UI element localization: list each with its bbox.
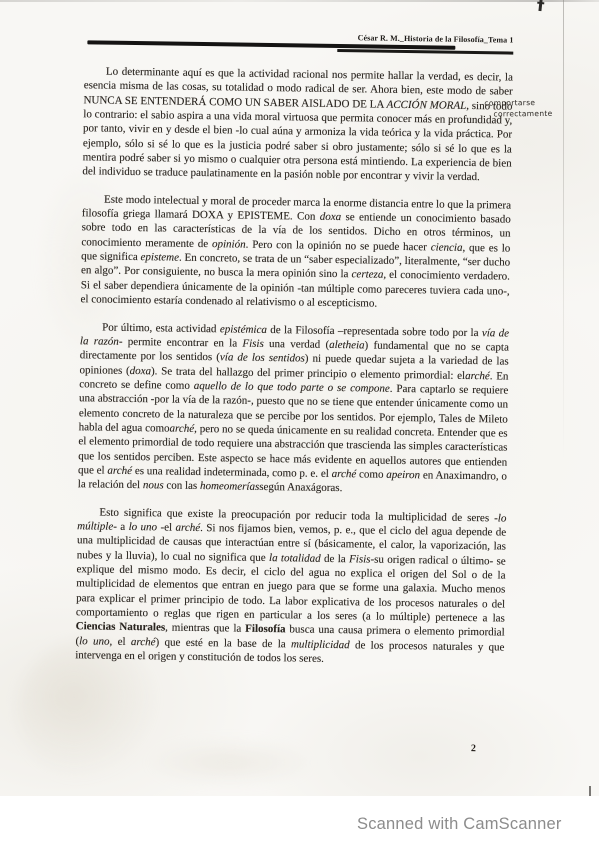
page-number: 2 <box>471 743 476 754</box>
paragraph: Lo determinante aquí es que la actividad… <box>82 64 513 185</box>
paragraph: Esto significa que existe la preocupació… <box>75 505 506 669</box>
scanned-page: César R. M._Historia de la Filosofía_Tem… <box>0 0 599 796</box>
scan-edge-tick <box>589 786 591 796</box>
paragraph: Este modo intelectual y moral de procede… <box>80 192 511 313</box>
camscanner-watermark: Scanned with CamScanner <box>357 815 562 834</box>
header-rule <box>337 49 513 54</box>
page-content: César R. M._Historia de la Filosofía_Tem… <box>0 0 599 796</box>
scanned-document-screenshot: { "header": { "course_label": "César R. … <box>0 0 599 848</box>
document-body: Lo determinante aquí es que la actividad… <box>75 64 513 682</box>
paragraph: Por último, esta actividad epistémica de… <box>78 320 510 498</box>
